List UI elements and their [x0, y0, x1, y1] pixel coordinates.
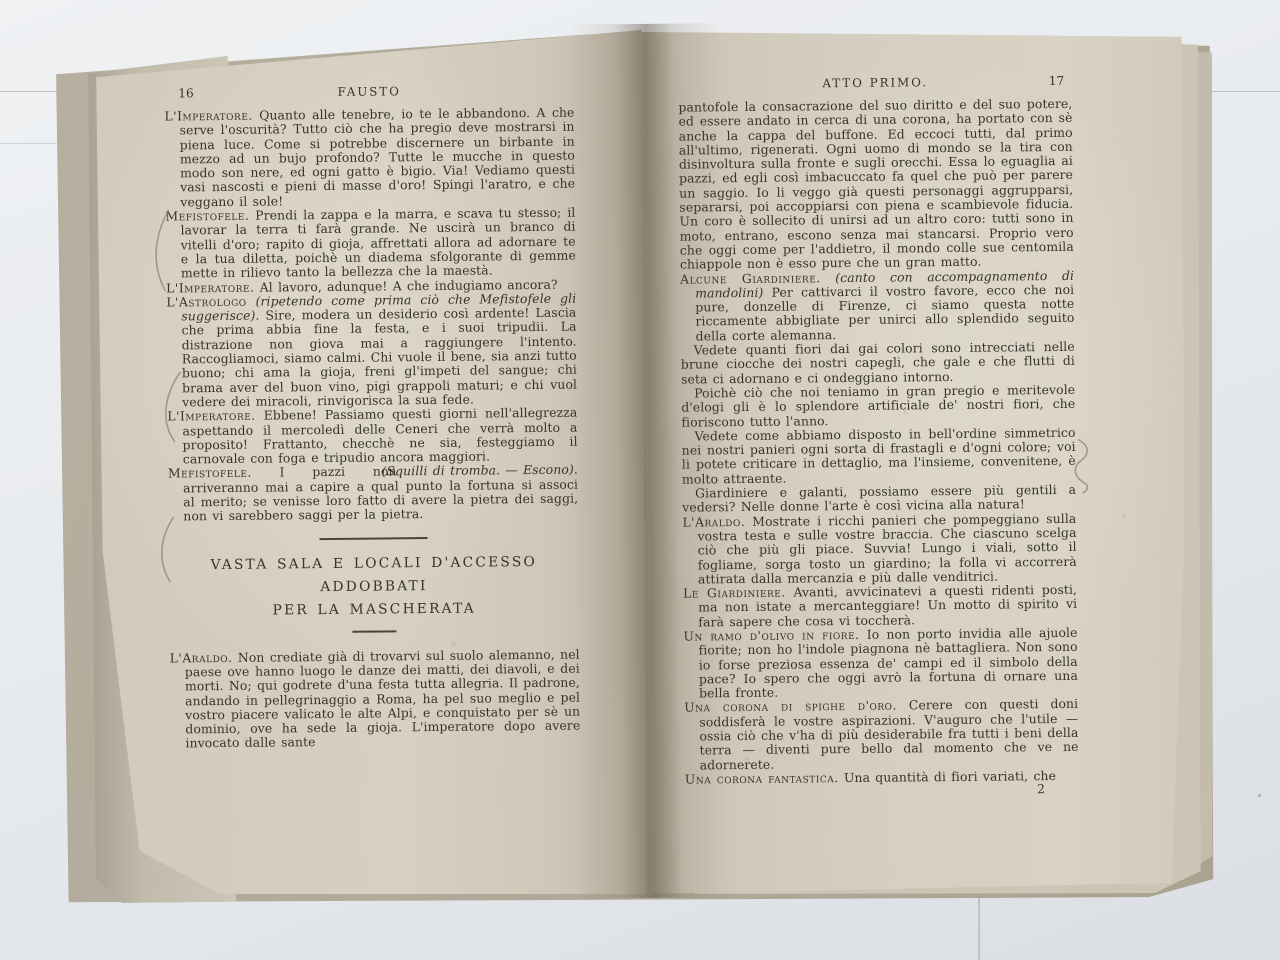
- paragraph: L'Araldo. Non crediate già di trovarvi s…: [170, 647, 581, 751]
- section-heading-line: VASTA SALA E LOCALI D'ACCESSO ADDOBBATI: [169, 550, 579, 600]
- dialogue-text: Non crediate già di trovarvi sul suolo a…: [185, 646, 581, 751]
- paragraph: Vedete quanti fiori dai gai colori sono …: [681, 340, 1075, 387]
- paragraph: Alcune Giardiniere. (canto con accompagn…: [680, 268, 1075, 343]
- paragraph: L'Astrologo (ripetendo come prima ciò ch…: [166, 291, 577, 409]
- paragraph: Le Giardiniere. Avanti, avvicinatevi a q…: [683, 583, 1077, 630]
- dialogue-text: Giardiniere e galanti, possiamo essere p…: [682, 482, 1076, 515]
- page-right-content: ATTO PRIMO. 17 pantofole la consacrazion…: [678, 74, 1079, 800]
- page-number-right: 17: [1049, 74, 1065, 88]
- paragraph: Un ramo d'olivo in fiore. Io non porto i…: [683, 626, 1078, 701]
- page-right-header: ATTO PRIMO. 17: [678, 74, 1072, 95]
- dialogue-text: pantofole la consacrazione del suo dirit…: [678, 96, 1073, 272]
- open-book: 16 FAUSTO L'Imperatore. Quanto alle tene…: [0, 0, 1280, 960]
- dialogue-text: Mostrate i ricchi panieri che pompeggian…: [697, 510, 1076, 586]
- section-rule-bottom: [352, 630, 396, 632]
- page-left-content: 16 FAUSTO L'Imperatore. Quanto alle tene…: [164, 83, 580, 752]
- book-photo: 16 FAUSTO L'Imperatore. Quanto alle tene…: [0, 0, 1280, 960]
- dialogue-text: Una quantità di fiori variati, che: [839, 768, 1056, 785]
- dialogue-text: Vedete come abbiamo disposto in bell'ord…: [682, 425, 1076, 487]
- section-rule-top: [320, 537, 428, 540]
- section-heading-line: PER LA MASCHERATA: [169, 596, 579, 623]
- right-page-text: pantofole la consacrazione del suo dirit…: [678, 97, 1079, 787]
- speaker-name: Una corona fantastica.: [685, 770, 839, 786]
- dialogue-text: Poichè ciò che noi teniamo in gran pregi…: [681, 382, 1075, 429]
- paragraph: L'Imperatore. Ebbene! Passiamo questi gi…: [167, 406, 578, 467]
- running-header-left: FAUSTO: [164, 83, 574, 101]
- dialogue-text: Vedete quanti fiori dai gai colori sono …: [681, 339, 1075, 386]
- paragraph: Una corona di spighe d'oro. Cerere con q…: [684, 697, 1079, 772]
- paragraph: Poichè ciò che noi teniamo in gran pregi…: [681, 383, 1075, 430]
- running-header-right: ATTO PRIMO.: [678, 74, 1072, 92]
- left-page-text-after-heading: L'Araldo. Non crediate già di trovarvi s…: [170, 647, 581, 751]
- paragraph: L'Imperatore. Quanto alle tenebre, io te…: [164, 106, 575, 210]
- section-divider: VASTA SALA E LOCALI D'ACCESSO ADDOBBATIP…: [169, 535, 580, 634]
- page-number-left: 16: [178, 86, 194, 100]
- paragraph: L'Araldo. Mostrate i ricchi panieri che …: [682, 511, 1077, 586]
- paragraph: Vedete come abbiamo disposto in bell'ord…: [682, 426, 1077, 487]
- page-left-header: 16 FAUSTO: [164, 83, 574, 104]
- paragraph: pantofole la consacrazione del suo dirit…: [678, 97, 1074, 272]
- paragraph: Mefistofele. Prendi la zappa e la marra,…: [165, 206, 576, 281]
- speaker-name: L'Araldo.: [682, 514, 745, 530]
- speaker-name: L'Araldo.: [170, 650, 233, 666]
- left-page-text: L'Imperatore. Quanto alle tenebre, io te…: [164, 106, 578, 525]
- section-heading: VASTA SALA E LOCALI D'ACCESSO ADDOBBATIP…: [169, 550, 580, 623]
